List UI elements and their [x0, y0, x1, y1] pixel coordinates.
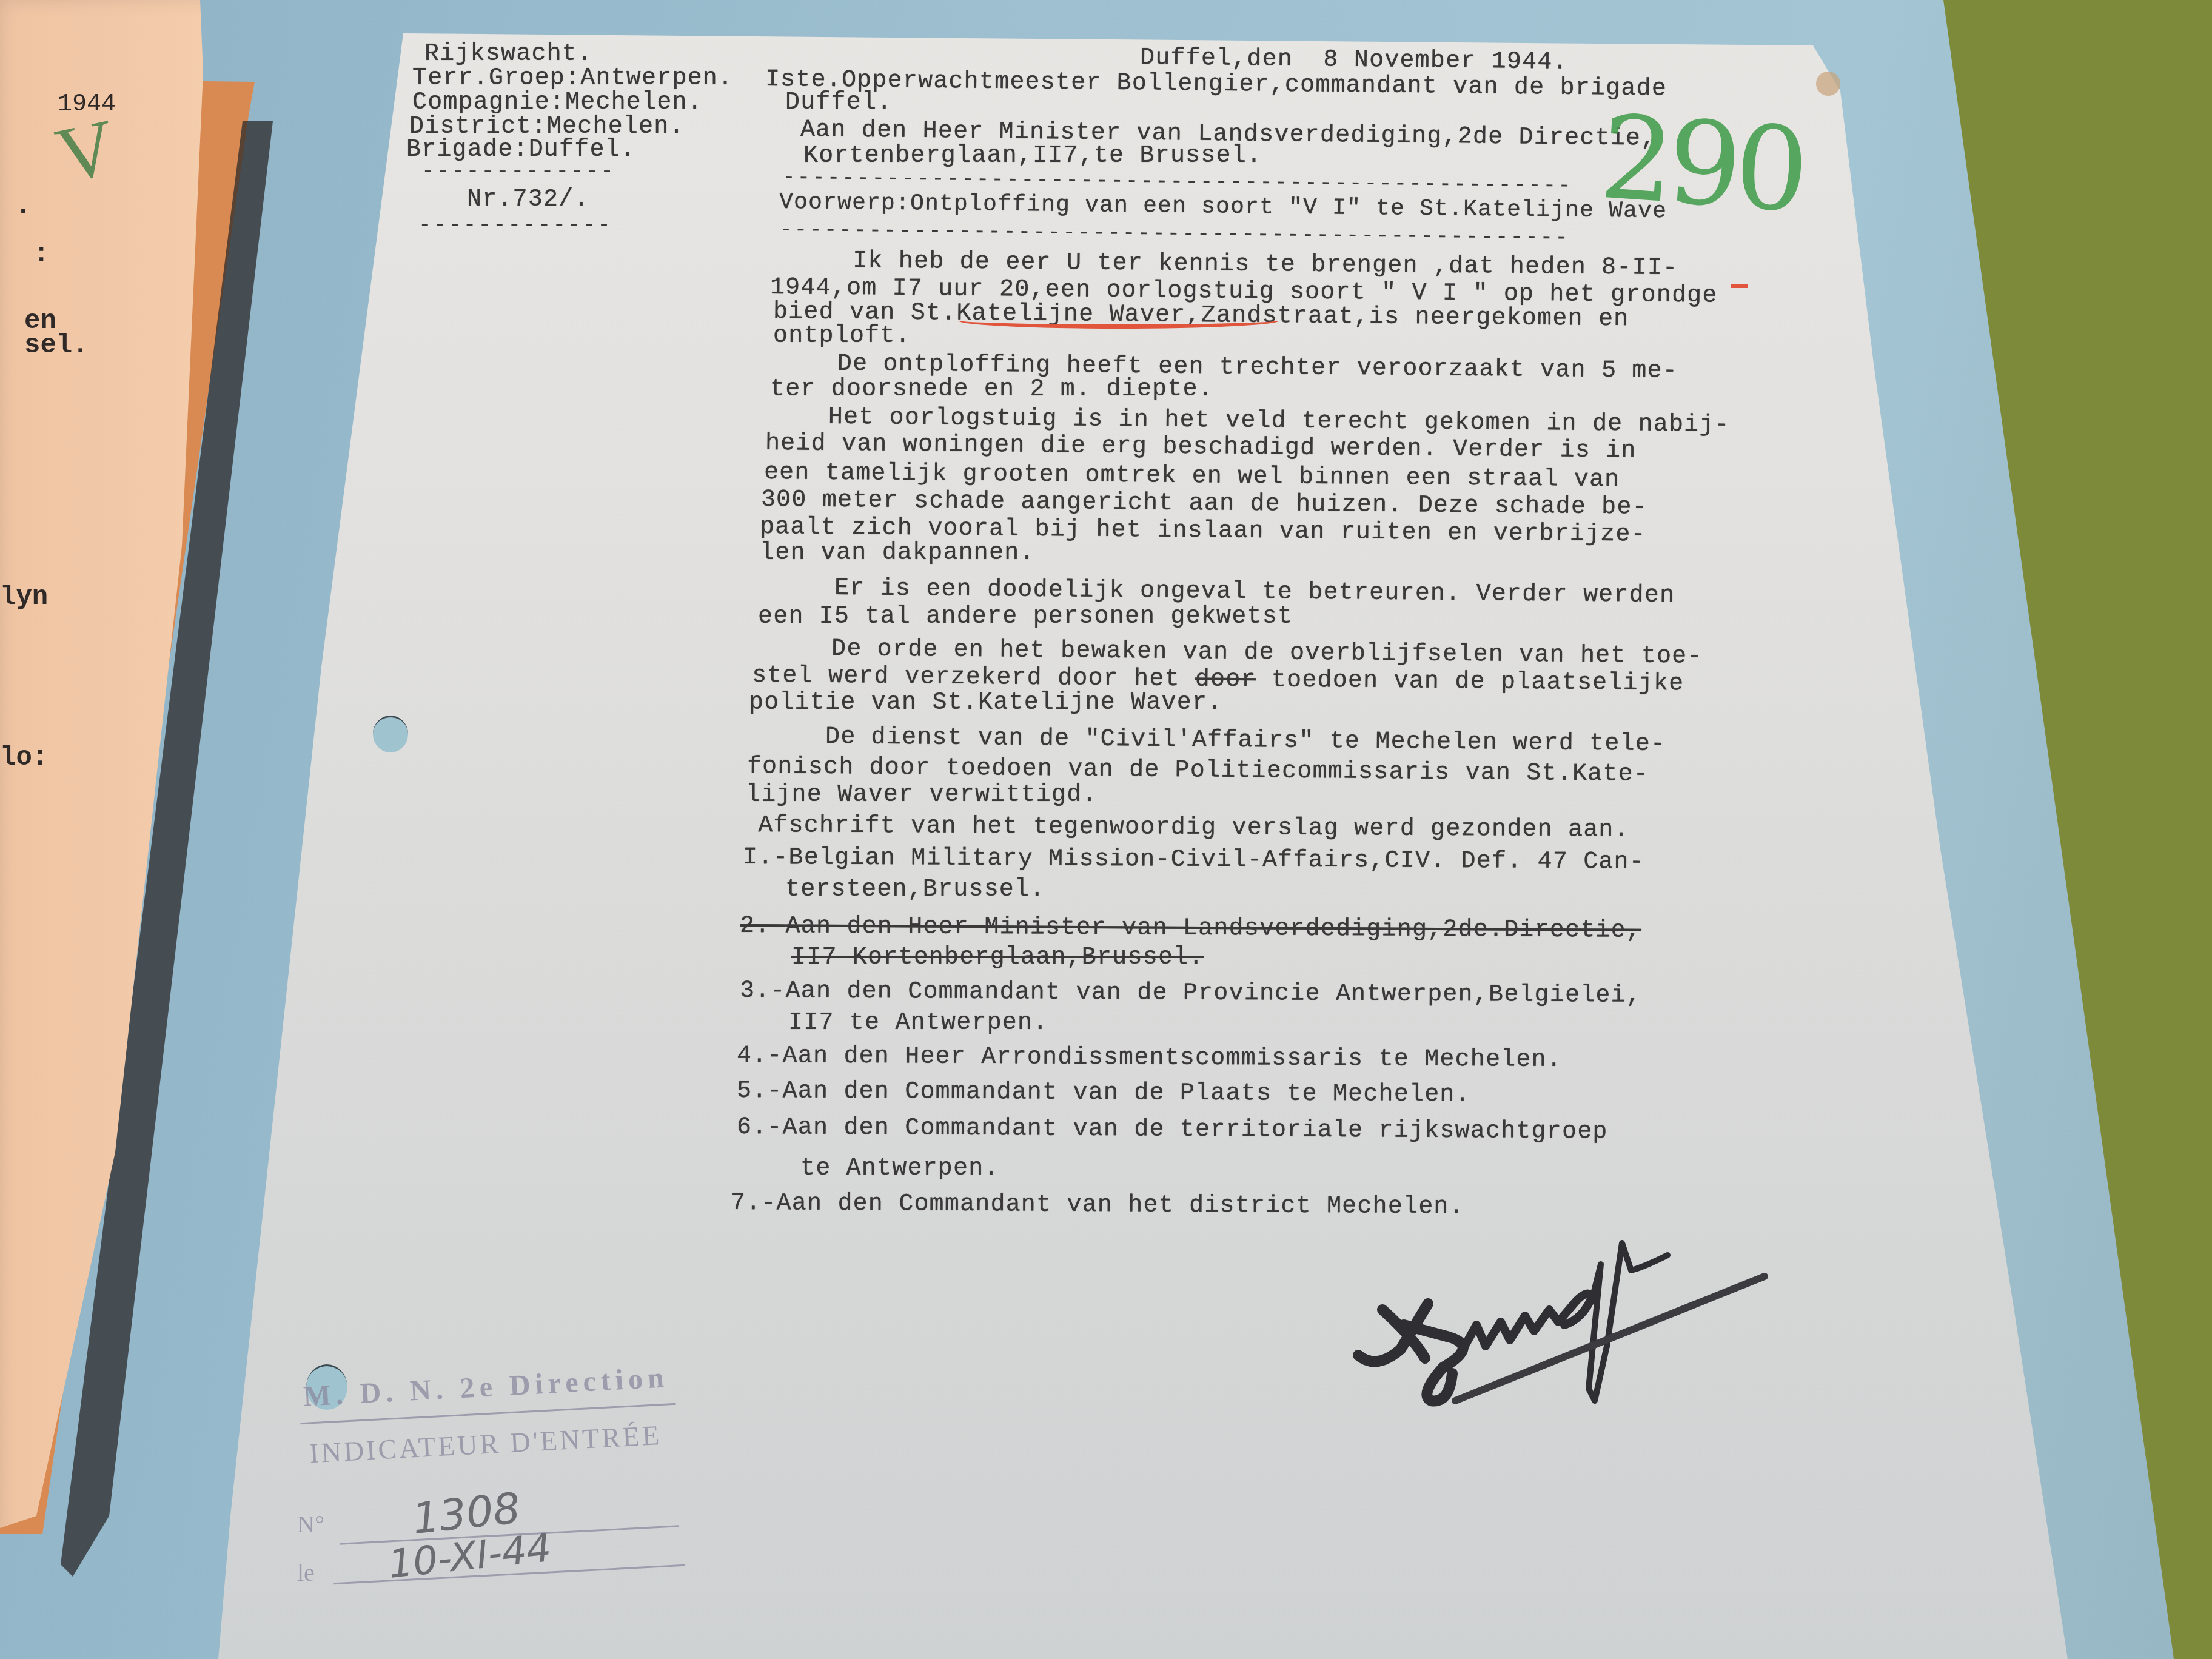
- body-text: stel werd verzekerd door het: [752, 662, 1195, 693]
- paper-tear: [1816, 72, 1840, 96]
- reference-number: Nr.732/.: [467, 188, 589, 212]
- red-underline: [1731, 278, 1748, 288]
- entry-stamp: M. D. N. 2e Direction INDICATEUR D'ENTRÉ…: [297, 1358, 685, 1589]
- sender-place: Duffel.: [785, 91, 892, 115]
- item-text: Aan den Heer Arrondissmentscommissaris t…: [783, 1042, 1563, 1074]
- distribution-item-cont: tersteen,Brussel.: [785, 878, 1045, 902]
- org-name: Rijkswacht.: [424, 42, 592, 67]
- item-number: 4.-: [737, 1042, 783, 1070]
- stamp-title: INDICATEUR D'ENTRÉE: [309, 1419, 662, 1469]
- item-text: Aan den Commandant van de Provincie Antw…: [786, 977, 1642, 1009]
- item-text: Aan den Heer Minister van Landsverdedigi…: [786, 913, 1642, 944]
- org-group: Terr.Groep:Antwerpen.: [412, 67, 733, 91]
- item-text: Belgian Military Mission-Civil-Affairs,C…: [789, 844, 1645, 876]
- item-text: Aan den Commandant van de territoriale r…: [783, 1114, 1608, 1145]
- distribution-item: 4.-Aan den Heer Arrondissmentscommissari…: [737, 1044, 1562, 1073]
- body-text: toedoen van de plaatselijke: [1256, 666, 1684, 697]
- item-number: I.-: [743, 844, 789, 871]
- back-sheet-fragment: :: [33, 240, 49, 270]
- body-line: lijne Waver verwittigd.: [746, 783, 1098, 808]
- org-company: Compagnie:Mechelen.: [412, 91, 703, 115]
- distribution-item: 3.-Aan den Commandant van de Provincie A…: [740, 979, 1641, 1008]
- stamp-department: M. D. N. 2e Direction: [303, 1361, 669, 1413]
- stamp-date-label: le: [297, 1558, 315, 1587]
- signature: [1346, 1219, 1922, 1419]
- item-number: 6.-: [737, 1114, 783, 1141]
- divider: -------------: [421, 159, 615, 184]
- item-number: 5.-: [737, 1078, 783, 1105]
- item-text: Aan den Commandant van de Plaats te Mech…: [783, 1078, 1470, 1108]
- copies-intro: Afschrift van het tegenwoordig verslag w…: [743, 814, 1629, 843]
- distribution-item: 6.-Aan den Commandant van de territorial…: [737, 1116, 1608, 1145]
- body-line: politie van St.Katelijne Waver.: [749, 691, 1222, 716]
- item-number: 2.-: [740, 913, 786, 940]
- body-line: ontploft.: [773, 324, 911, 349]
- distribution-item-cont: te Antwerpen.: [800, 1157, 999, 1181]
- back-sheet-fragment: sel.: [24, 330, 89, 361]
- addressee-address: Kortenberglaan,II7,te Brussel.: [803, 144, 1262, 169]
- distribution-item-struck-cont: II7 Kortenberglaan,Brussel.: [791, 946, 1204, 970]
- body-line: len van dakpannen.: [760, 541, 1035, 566]
- org-district: District:Mechelen.: [409, 115, 685, 139]
- back-sheet-fragment: lo:: [0, 743, 48, 773]
- body-line: ter doorsnede en 2 m. diepte.: [770, 378, 1213, 402]
- distribution-item-cont: II7 te Antwerpen.: [788, 1011, 1048, 1036]
- distribution-item: I.-Belgian Military Mission-Civil-Affair…: [743, 846, 1644, 875]
- stamp-date-value: 10-XI-44: [386, 1526, 554, 1587]
- item-text: Aan den Commandant van het district Mech…: [777, 1190, 1464, 1221]
- green-file-number: 290: [1597, 90, 1807, 238]
- distribution-item: 5.-Aan den Commandant van de Plaats te M…: [737, 1079, 1470, 1107]
- punch-hole-top: [373, 716, 408, 752]
- red-underline: [958, 312, 1279, 329]
- back-sheet-fragment: lyn: [0, 582, 48, 612]
- stamp-number-label: N°: [297, 1510, 324, 1538]
- item-number: 7.-: [731, 1190, 777, 1217]
- distribution-item: 7.-Aan den Commandant van het district M…: [731, 1191, 1464, 1219]
- distribution-item-struck: 2.-Aan den Heer Minister van Landsverded…: [740, 914, 1641, 943]
- body-line: een I5 tal andere personen gekwetst: [758, 605, 1293, 629]
- divider: -------------: [418, 212, 612, 237]
- back-sheet-fragment: .: [15, 191, 31, 221]
- signature-icon: [1346, 1219, 1922, 1419]
- item-number: 3.-: [740, 977, 786, 1005]
